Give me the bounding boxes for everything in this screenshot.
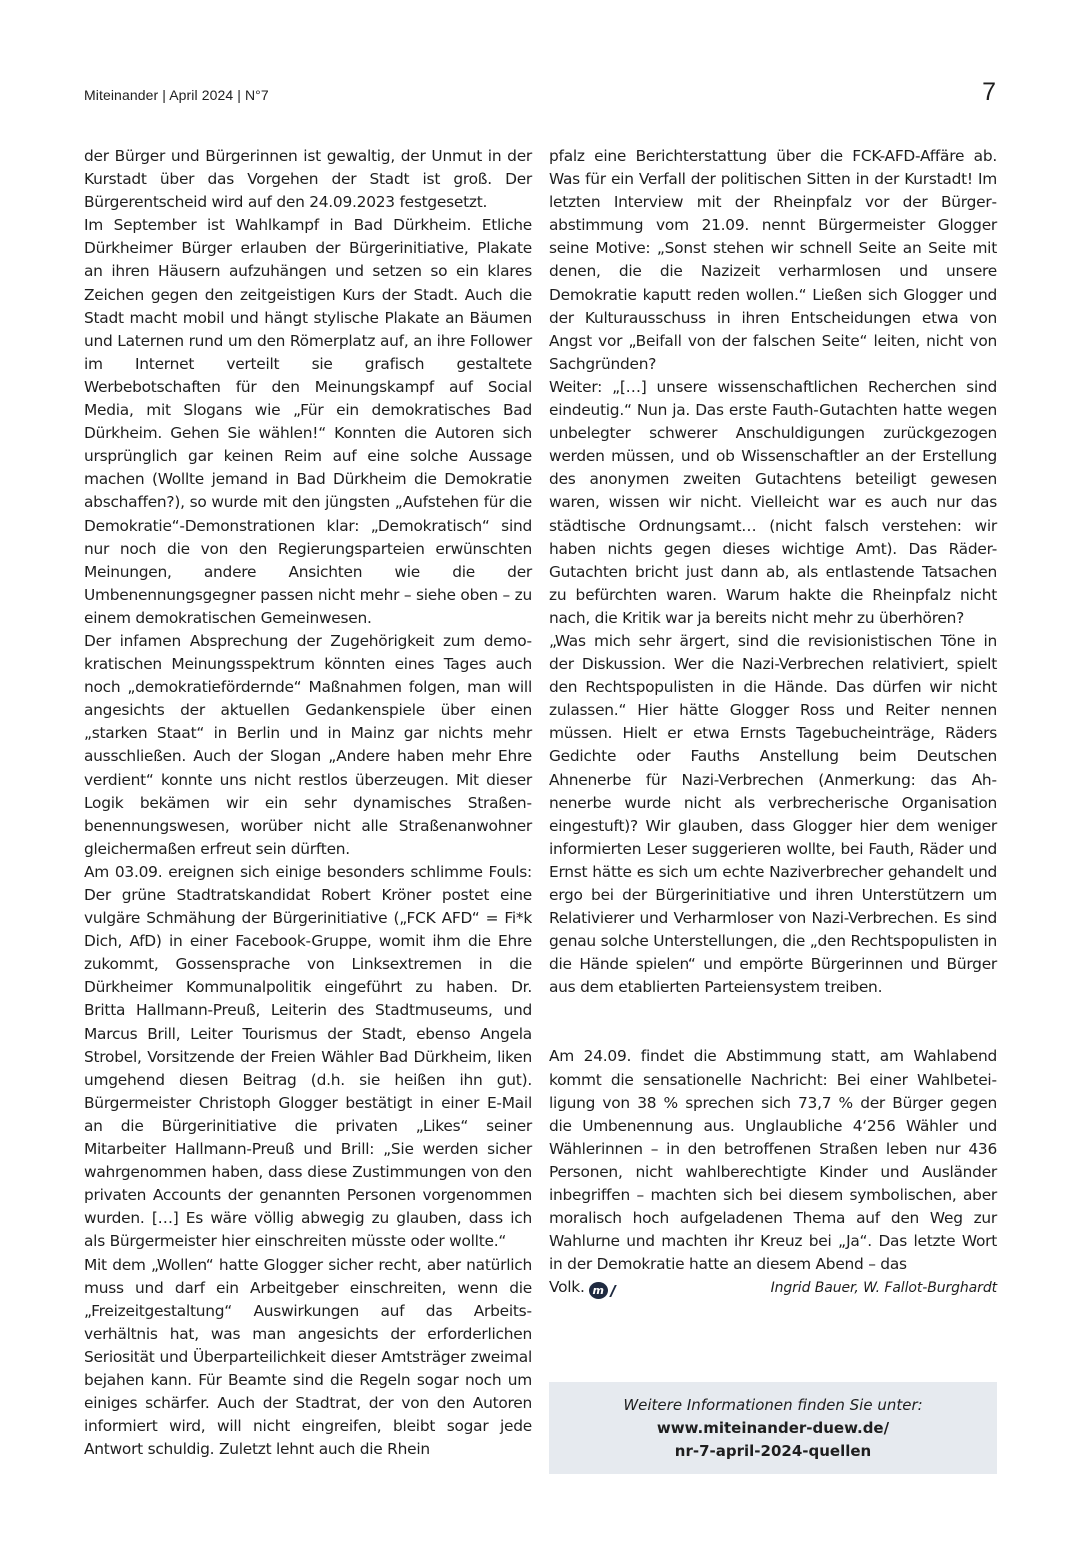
- paragraph: „Was mich sehr ärgert, sind die revision…: [549, 630, 997, 1000]
- closing-word: Volk.: [549, 1278, 585, 1296]
- article-column-right: pfalz eine Berichterstattung über die FC…: [549, 145, 997, 1301]
- sources-link-line-1[interactable]: www.miteinander-duew.de/: [549, 1417, 997, 1440]
- info-intro: Weitere Informationen finden Sie unter:: [549, 1394, 997, 1417]
- section-spacer: [549, 999, 997, 1045]
- paragraph: Im September ist Wahlkampf in Bad Dürkhe…: [84, 214, 532, 630]
- paragraph: Am 03.09. ereignen sich einige besonders…: [84, 861, 532, 1254]
- page-header: Miteinander | April 2024 | N°7 7: [84, 84, 996, 108]
- publication-info: Miteinander | April 2024 | N°7: [84, 87, 269, 103]
- sources-info-box: Weitere Informationen finden Sie unter: …: [549, 1382, 997, 1474]
- paragraph: Der infamen Absprechung der Zugehörigkei…: [84, 630, 532, 861]
- closing-line: Volk.m: [549, 1276, 608, 1299]
- paragraph: Mit dem „Wollen“ hatte Glogger sicher re…: [84, 1254, 532, 1462]
- paragraph: pfalz eine Berichterstattung über die FC…: [549, 145, 997, 376]
- article-column-left: der Bürger und Bürgerinnen ist gewaltig,…: [84, 145, 532, 1461]
- page-number: 7: [982, 78, 996, 107]
- paragraph: Weiter: „[…] unsere wissenschaftlichen R…: [549, 376, 997, 630]
- miteinander-logo-icon: m: [589, 1282, 608, 1299]
- article-authors: Ingrid Bauer, W. Fallot-Burghardt: [771, 1277, 997, 1300]
- article-signature: Volk.m Ingrid Bauer, W. Fallot-Burghardt: [549, 1276, 997, 1300]
- sources-link-line-2[interactable]: nr-7-april-2024-quellen: [549, 1440, 997, 1463]
- paragraph: Am 24.09. findet die Abstimmung statt, a…: [549, 1045, 997, 1276]
- paragraph: der Bürger und Bürgerinnen ist gewaltig,…: [84, 145, 532, 214]
